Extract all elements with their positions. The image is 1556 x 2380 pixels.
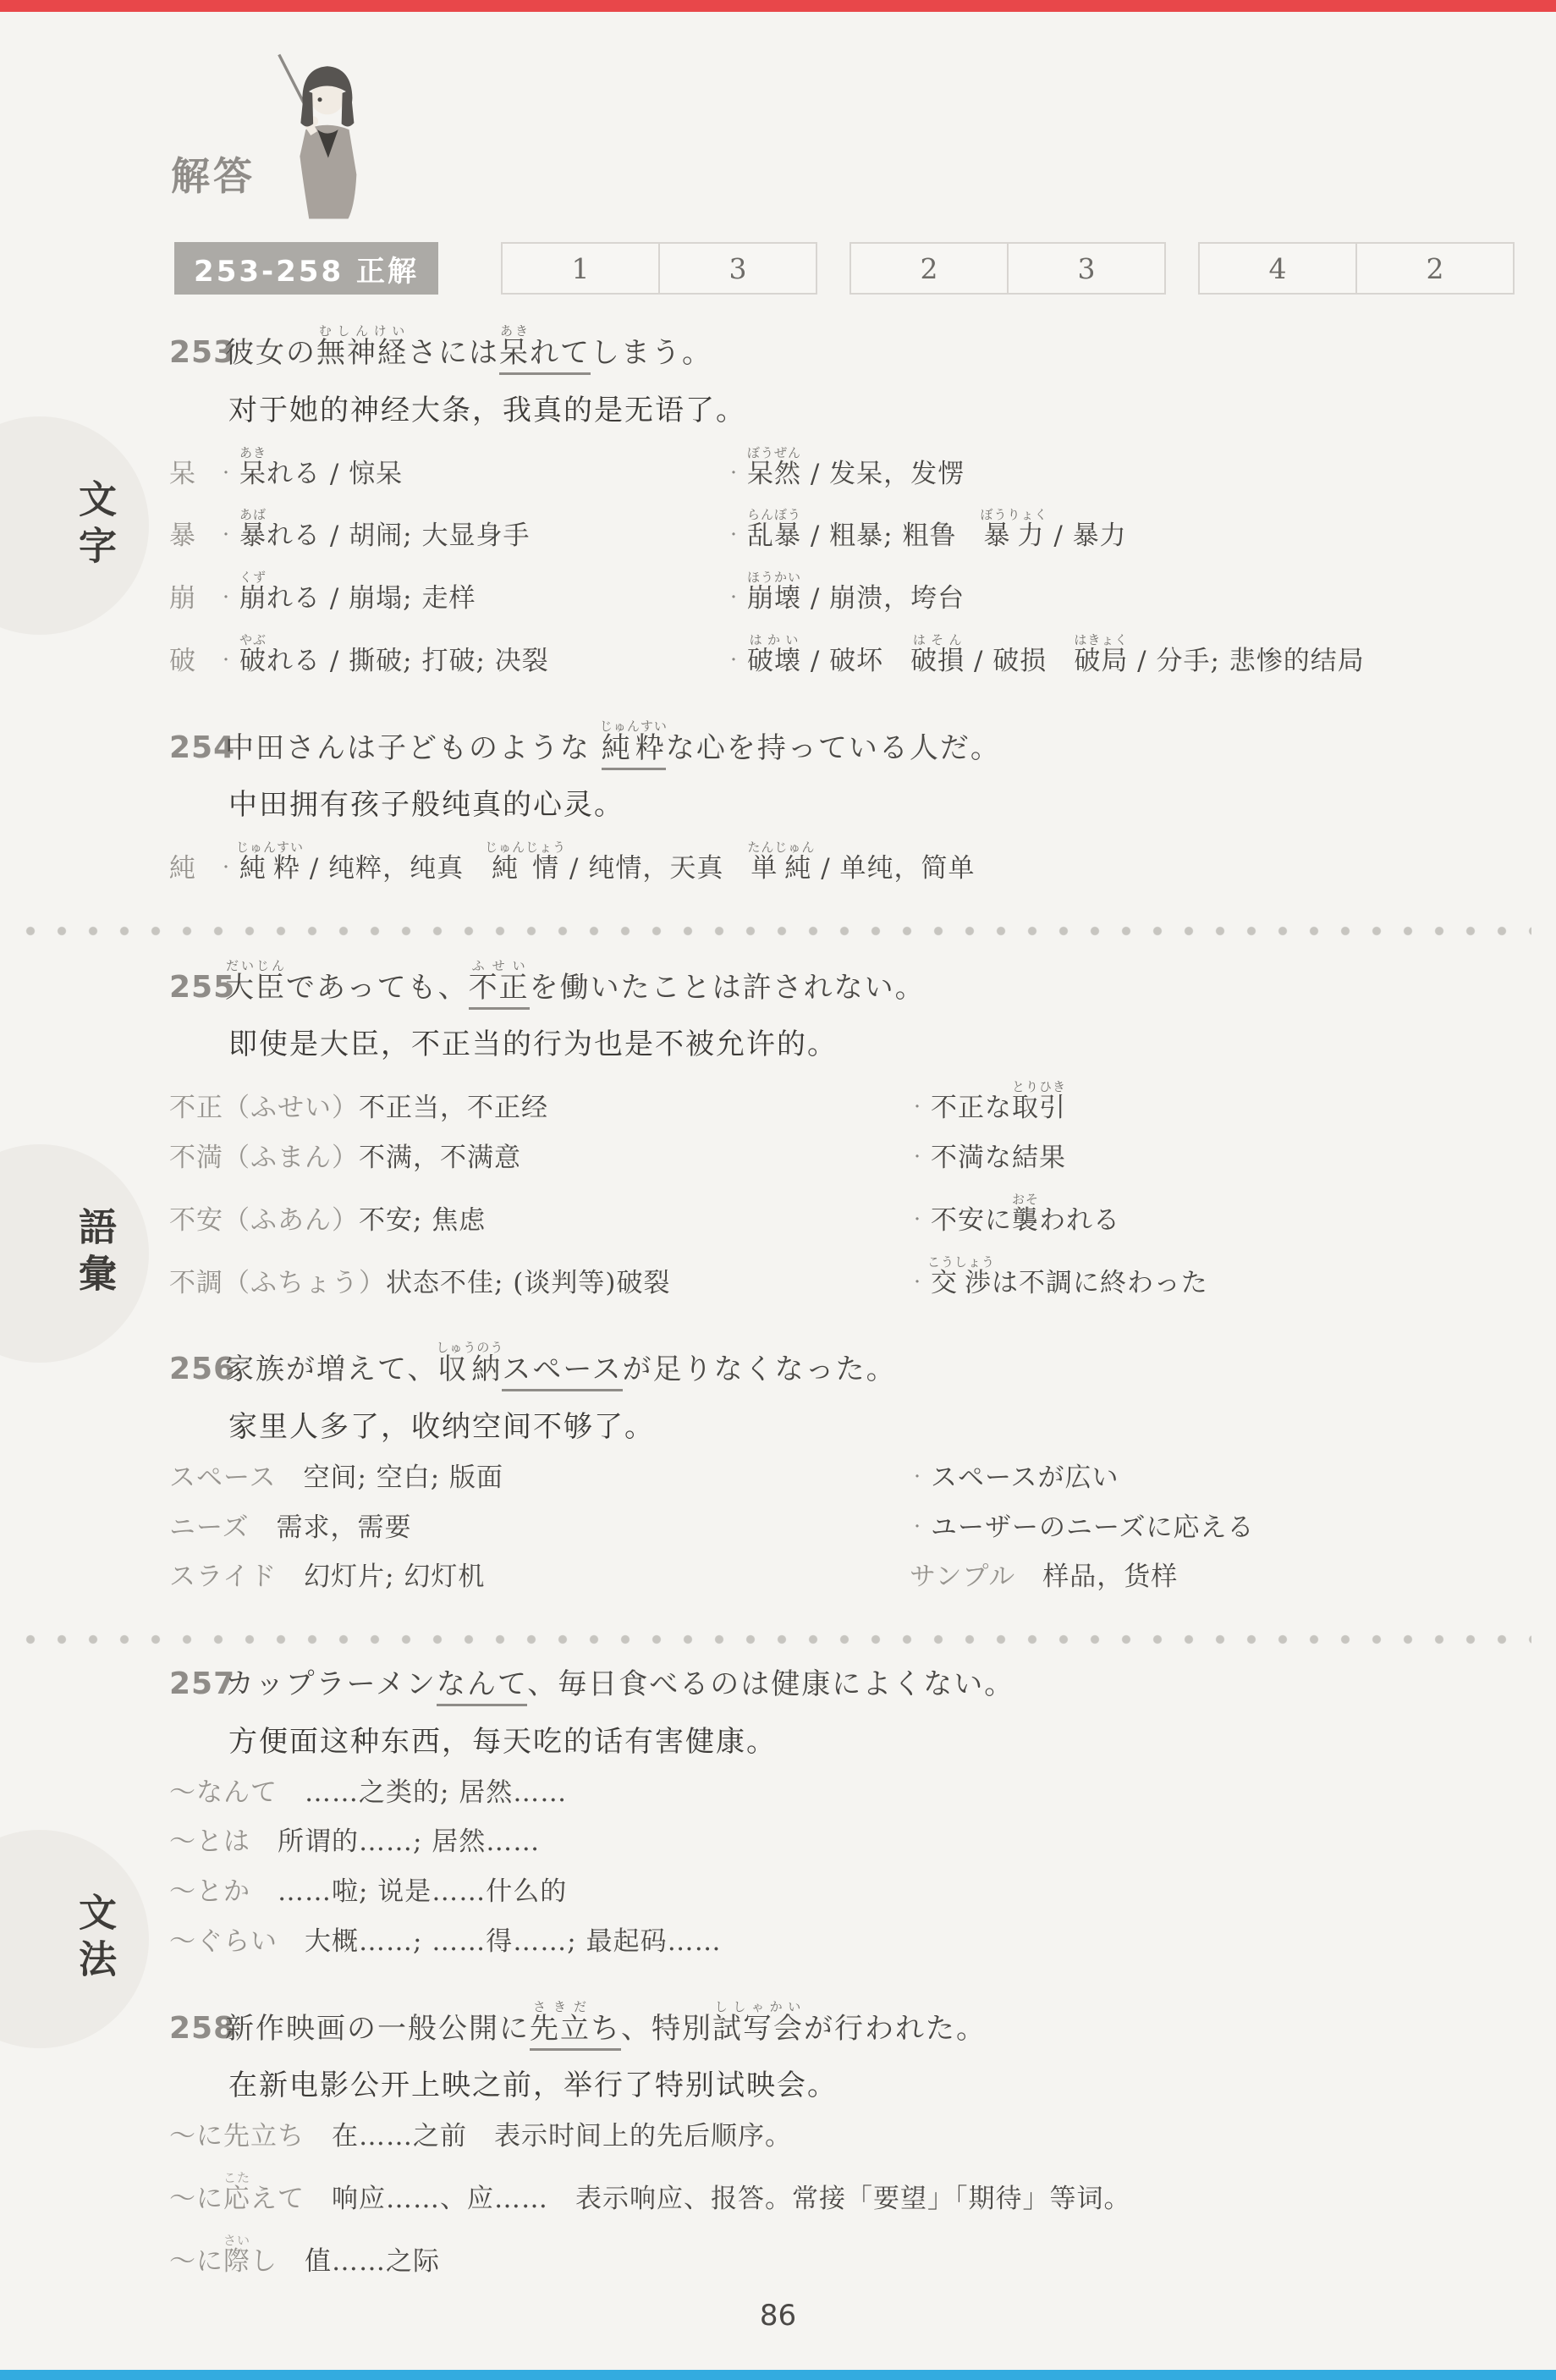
vocab-list: 純・純粋じゅんすい / 纯粹，纯真 純情じゅんじょう / 纯情，天真 単純たんじ… — [169, 840, 1504, 885]
vocab-row: ～なんて ……之类的; 居然…… — [169, 1777, 1504, 1810]
answer-key-badge: 253-258 正解 — [174, 242, 438, 295]
page-number: 86 — [0, 2299, 1556, 2333]
underline-highlight: 呆あき — [499, 336, 530, 375]
vocab-cell: ・不正な取引とりひき — [910, 1079, 1504, 1125]
vocab-row: ～に応こたえて 响应……、应…… 表示响应、报答。常接「要望」「期待」等词。 — [169, 2170, 1504, 2216]
vocab-row: ニーズ 需求，需要・ユーザーのニーズに応える — [169, 1512, 1504, 1545]
question-header: 253彼女の無神経むしんけいさには呆あきれてしまう。 — [169, 323, 1504, 372]
underline-highlight: 純粋じゅんすい — [602, 731, 666, 770]
vocab-cell: ・スペースが広い — [910, 1462, 1504, 1495]
vocab-list: ～に先立ち 在……之前 表示时间上的先后顺序。～に応こたえて 响应……、应…… … — [169, 2120, 1504, 2278]
vocab-row: 破・破やぶれる / 撕破; 打破; 决裂・破壊はかい / 破坏 破損はそん / … — [169, 632, 1504, 678]
vocab-cell: ・崩壊ほうかい / 崩溃，垮台 — [726, 570, 1504, 615]
book-page: 文字 語彙 文法 解答 253-258 正解 132342 253彼女の無神経む… — [0, 0, 1556, 2380]
question-number: 256 — [169, 1352, 225, 1386]
question-block: 256家族が増えて、収納しゅうのうスペースが足りなくなった。家里人多了，收纳空间… — [169, 1340, 1504, 1594]
vocab-cell: ・純粋じゅんすい / 纯粹，纯真 純情じゅんじょう / 纯情，天真 単純たんじゅ… — [218, 840, 1504, 885]
vocab-cell: ～ぐらい 大概……; ……得……; 最起码…… — [169, 1925, 1504, 1959]
question-translation: 即使是大臣，不正当的行为也是不被允许的。 — [228, 1021, 1504, 1062]
answer-groups: 132342 — [501, 242, 1515, 295]
vocab-cell: ・呆あきれる / 惊呆 — [218, 445, 726, 491]
question-header: 258新作映画の一般公開に先立さきだち、特別試写会ししゃかいが行われた。 — [169, 1999, 1504, 2047]
sidebar-tab-characters: 文字 — [0, 416, 149, 635]
vocab-cell: 暴 — [169, 520, 218, 553]
question-block: 253彼女の無神経むしんけいさには呆あきれてしまう。对于她的神经大条，我真的是无… — [169, 323, 1504, 678]
vocab-cell: ～とか ……啦; 说是……什么的 — [169, 1876, 1504, 1909]
question-header: 256家族が増えて、収納しゅうのうスペースが足りなくなった。 — [169, 1340, 1504, 1388]
question-sentence: 新作映画の一般公開に先立さきだち、特別試写会ししゃかいが行われた。 — [225, 1999, 987, 2047]
vocab-cell: ・不満な結果 — [910, 1142, 1504, 1175]
vocab-cell: ～なんて ……之类的; 居然…… — [169, 1777, 1504, 1810]
vocab-list: 不正（ふせい）不正当，不正经・不正な取引とりひき不満（ふまん）不满，不满意・不満… — [169, 1079, 1504, 1299]
question-translation: 中田拥有孩子般纯真的心灵。 — [228, 781, 1504, 823]
vocab-list: スペース 空间; 空白; 版面・スペースが広いニーズ 需求，需要・ユーザーのニー… — [169, 1462, 1504, 1594]
question-sentence: 家族が増えて、収納しゅうのうスペースが足りなくなった。 — [225, 1340, 897, 1388]
vocab-row: ～とは 所谓的……; 居然…… — [169, 1826, 1504, 1859]
question-sentence: 大臣だいじんであっても、不正ふせいを働いたことは許されない。 — [225, 958, 926, 1006]
answer-key-bar: 253-258 正解 132342 — [174, 242, 1515, 295]
top-edge-strip — [0, 0, 1556, 12]
sidebar-tab-grammar: 文法 — [0, 1830, 149, 2048]
underline-highlight: 不正ふせい — [469, 971, 530, 1010]
vocab-cell: ～に際さいし 值……之际 — [169, 2233, 1504, 2278]
question-translation: 对于她的神经大条，我真的是无语了。 — [228, 387, 1504, 428]
question-block: 254中田さんは子どものような 純粋じゅんすいな心を持っている人だ。中田拥有孩子… — [169, 719, 1504, 885]
vocab-cell: ・崩くずれる / 崩塌; 走样 — [218, 570, 726, 615]
answer-group: 23 — [849, 242, 1166, 295]
question-translation: 方便面这种东西，每天吃的话有害健康。 — [228, 1718, 1504, 1760]
question-number: 253 — [169, 335, 225, 370]
question-block: 257カップラーメンなんて、毎日食べるのは健康によくない。方便面这种东西，每天吃… — [169, 1667, 1504, 1959]
vocab-row: ～ぐらい 大概……; ……得……; 最起码…… — [169, 1925, 1504, 1959]
question-number: 254 — [169, 730, 225, 765]
answer-cell: 4 — [1198, 242, 1357, 295]
vocab-cell: 不安（ふあん）不安; 焦虑 — [169, 1204, 910, 1237]
question-header: 257カップラーメンなんて、毎日食べるのは健康によくない。 — [169, 1667, 1504, 1703]
sidebar-tab-label: 語彙 — [67, 1207, 122, 1300]
vocab-row: 不正（ふせい）不正当，不正经・不正な取引とりひき — [169, 1079, 1504, 1125]
vocab-row: 不満（ふまん）不满，不满意・不満な結果 — [169, 1142, 1504, 1175]
question-header: 254中田さんは子どものような 純粋じゅんすいな心を持っている人だ。 — [169, 719, 1504, 767]
vocab-row: ～に先立ち 在……之前 表示时间上的先后顺序。 — [169, 2120, 1504, 2153]
question-block: 258新作映画の一般公開に先立さきだち、特別試写会ししゃかいが行われた。在新电影… — [169, 1999, 1504, 2278]
dotted-divider — [25, 926, 1531, 936]
vocab-row: 不安（ふあん）不安; 焦虑・不安に襲おそわれる — [169, 1192, 1504, 1237]
question-translation: 家里人多了，收纳空间不够了。 — [228, 1403, 1504, 1445]
vocab-cell: 不調（ふちょう）状态不佳; (谈判等)破裂 — [169, 1267, 910, 1300]
question-block: 255大臣だいじんであっても、不正ふせいを働いたことは許されない。即使是大臣，不… — [169, 958, 1504, 1300]
vocab-cell: ニーズ 需求，需要 — [169, 1512, 910, 1545]
question-sentence: カップラーメンなんて、毎日食べるのは健康によくない。 — [225, 1667, 1014, 1703]
question-sentence: 中田さんは子どものような 純粋じゅんすいな心を持っている人だ。 — [225, 719, 1001, 767]
vocab-cell: ～に応こたえて 响应……、应…… 表示响应、报答。常接「要望」「期待」等词。 — [169, 2170, 1504, 2216]
vocab-row: 暴・暴あばれる / 胡闹; 大显身手・乱暴らんぼう / 粗暴; 粗鲁 暴力ぼうり… — [169, 507, 1504, 553]
answer-cell: 3 — [660, 242, 817, 295]
vocab-cell: ・不安に襲おそわれる — [910, 1192, 1504, 1237]
vocab-cell: ・破壊はかい / 破坏 破損はそん / 破损 破局はきょく / 分手; 悲惨的结… — [726, 632, 1504, 678]
question-number: 258 — [169, 2011, 225, 2046]
answer-cell: 2 — [849, 242, 1009, 295]
vocab-cell: ・交渉こうしょうは不調に終わった — [910, 1254, 1504, 1300]
vocab-cell: スライド 幻灯片; 幻灯机 — [169, 1561, 910, 1594]
vocab-cell: 崩 — [169, 582, 218, 615]
underline-highlight: なんて — [437, 1667, 527, 1706]
vocab-row: スペース 空间; 空白; 版面・スペースが広い — [169, 1462, 1504, 1495]
vocab-cell: ～とは 所谓的……; 居然…… — [169, 1826, 1504, 1859]
sidebar-tab-label: 文法 — [67, 1892, 122, 1986]
vocab-cell: 不満（ふまん）不满，不满意 — [169, 1142, 910, 1175]
questions-area: 253彼女の無神経むしんけいさには呆あきれてしまう。对于她的神经大条，我真的是无… — [169, 323, 1504, 2318]
underline-highlight: ち — [591, 2012, 621, 2051]
vocab-cell: ～に先立ち 在……之前 表示时间上的先后顺序。 — [169, 2120, 1504, 2153]
vocab-row: ～に際さいし 值……之际 — [169, 2233, 1504, 2278]
bottom-edge-strip — [0, 2370, 1556, 2380]
vocab-cell: スペース 空间; 空白; 版面 — [169, 1462, 910, 1495]
underline-highlight: スペース — [502, 1353, 622, 1391]
vocab-row: 純・純粋じゅんすい / 纯粹，纯真 純情じゅんじょう / 纯情，天真 単純たんじ… — [169, 840, 1504, 885]
answer-cell: 1 — [501, 242, 660, 295]
vocab-row: 崩・崩くずれる / 崩塌; 走样・崩壊ほうかい / 崩溃，垮台 — [169, 570, 1504, 615]
answer-group: 42 — [1198, 242, 1515, 295]
vocab-cell: ・破やぶれる / 撕破; 打破; 决裂 — [218, 632, 726, 678]
teacher-girl-illustration — [267, 49, 376, 225]
dotted-divider — [25, 1634, 1531, 1645]
underline-highlight: れて — [530, 336, 591, 375]
vocab-cell: 破 — [169, 645, 218, 678]
answer-cell: 2 — [1357, 242, 1515, 295]
vocab-cell: 純 — [169, 852, 218, 885]
vocab-row: ～とか ……啦; 说是……什么的 — [169, 1876, 1504, 1909]
vocab-row: 不調（ふちょう）状态不佳; (谈判等)破裂・交渉こうしょうは不調に終わった — [169, 1254, 1504, 1300]
vocab-row: スライド 幻灯片; 幻灯机サンプル 样品，货样 — [169, 1561, 1504, 1594]
vocab-cell: ・乱暴らんぼう / 粗暴; 粗鲁 暴力ぼうりょく / 暴力 — [726, 507, 1504, 553]
question-number: 257 — [169, 1667, 225, 1701]
vocab-cell: ・呆然ぼうぜん / 发呆，发愣 — [726, 445, 1504, 491]
answers-heading: 解答 — [171, 146, 256, 201]
question-sentence: 彼女の無神経むしんけいさには呆あきれてしまう。 — [225, 323, 712, 372]
answer-cell: 3 — [1009, 242, 1166, 295]
question-number: 255 — [169, 970, 225, 1005]
vocab-list: ～なんて ……之类的; 居然……～とは 所谓的……; 居然……～とか ……啦; … — [169, 1777, 1504, 1959]
vocab-cell: ・ユーザーのニーズに応える — [910, 1512, 1504, 1545]
sidebar-tab-label: 文字 — [67, 479, 122, 572]
vocab-cell: 不正（ふせい）不正当，不正经 — [169, 1092, 910, 1125]
vocab-cell: サンプル 样品，货样 — [910, 1561, 1504, 1594]
underline-highlight: 先立さきだ — [530, 2012, 591, 2051]
question-header: 255大臣だいじんであっても、不正ふせいを働いたことは許されない。 — [169, 958, 1504, 1006]
question-translation: 在新电影公开上映之前，举行了特别试映会。 — [228, 2062, 1504, 2103]
answer-group: 13 — [501, 242, 817, 295]
sidebar-tab-vocabulary: 語彙 — [0, 1144, 149, 1363]
vocab-list: 呆・呆あきれる / 惊呆・呆然ぼうぜん / 发呆，发愣暴・暴あばれる / 胡闹;… — [169, 445, 1504, 678]
vocab-cell: 呆 — [169, 458, 218, 491]
vocab-row: 呆・呆あきれる / 惊呆・呆然ぼうぜん / 发呆，发愣 — [169, 445, 1504, 491]
vocab-cell: ・暴あばれる / 胡闹; 大显身手 — [218, 507, 726, 553]
